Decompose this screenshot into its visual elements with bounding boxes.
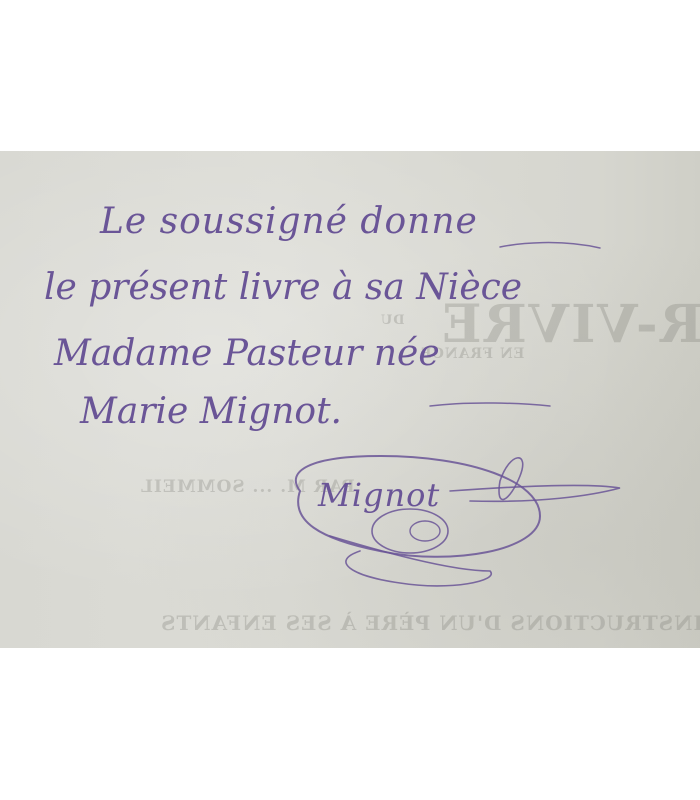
book-page-photo: DU SAVOIR-VIVRE EN FRANCE PAR M. ... SOM… bbox=[0, 151, 700, 648]
signature-flourish-icon bbox=[0, 151, 700, 648]
signature: Mignot bbox=[318, 476, 440, 514]
